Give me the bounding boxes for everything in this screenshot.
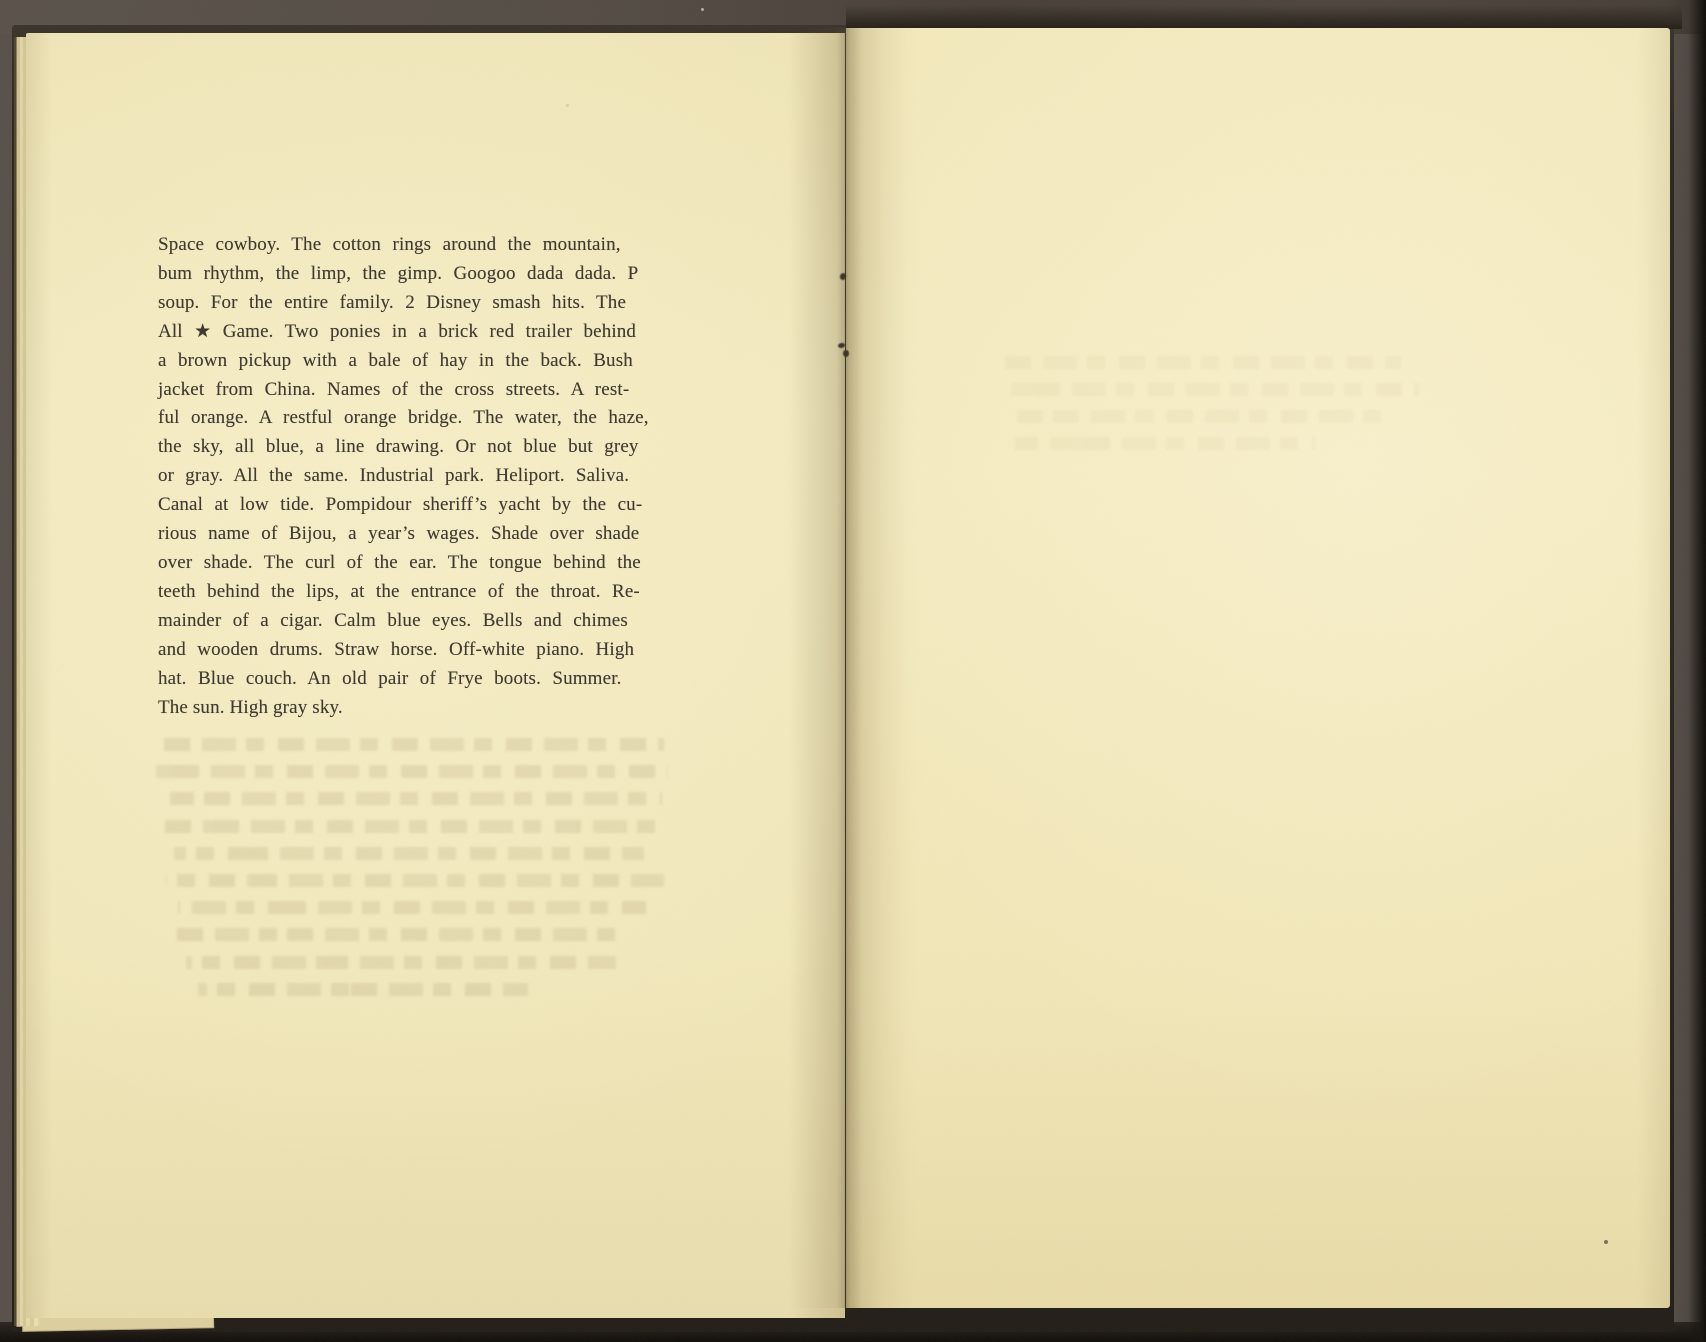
left-page-text: Space cowboy. The cotton rings around th… — [158, 231, 654, 722]
ghost-text-line — [1011, 383, 1419, 396]
text-line: and wooden drums. Straw horse. Off-white… — [158, 636, 654, 665]
text-line: hat. Blue couch. An old pair of Frye boo… — [158, 665, 654, 694]
ghost-text-line — [156, 765, 668, 778]
left-page: Space cowboy. The cotton rings around th… — [26, 33, 845, 1318]
cover-top-edge — [846, 5, 1682, 29]
ghost-text-line — [174, 847, 644, 860]
ghost-text-line — [178, 901, 646, 914]
ghost-text-line — [1007, 410, 1385, 423]
text-line: Space cowboy. The cotton rings around th… — [158, 231, 654, 260]
ghost-text-line — [1015, 437, 1315, 450]
text-line: rious name of Bijou, a year’s wages. Sha… — [158, 520, 654, 549]
text-line: over shade. The curl of the ear. The ton… — [158, 549, 654, 578]
ghost-text-line — [168, 928, 620, 941]
text-line: or gray. All the same. Industrial park. … — [158, 462, 654, 491]
stitch-thread — [843, 350, 849, 357]
right-page — [846, 28, 1670, 1308]
ghost-text-line — [198, 983, 528, 996]
text-line: All ★ Game. Two ponies in a brick red tr… — [158, 318, 654, 347]
ghost-text-line — [170, 792, 662, 805]
text-line: ful orange. A restful orange bridge. The… — [158, 404, 654, 433]
text-line: the sky, all blue, a line drawing. Or no… — [158, 433, 654, 462]
text-line: Canal at low tide. Pompidour sheriff’s y… — [158, 491, 654, 520]
ghost-text-line — [162, 820, 666, 833]
text-line: jacket from China. Names of the cross st… — [158, 376, 654, 405]
ghost-text-line — [166, 874, 664, 887]
text-line: The sun. High gray sky. — [158, 694, 654, 723]
text-line: a brown pickup with a bale of hay in the… — [158, 347, 654, 376]
text-line: bum rhythm, the limp, the gimp. Googoo d… — [158, 260, 654, 289]
text-line: mainder of a cigar. Calm blue eyes. Bell… — [158, 607, 654, 636]
open-book-photo: Space cowboy. The cotton rings around th… — [0, 0, 1706, 1342]
dust-speck — [1604, 1240, 1608, 1244]
ghost-text-line — [164, 738, 664, 751]
ghost-text-line — [186, 956, 616, 969]
text-line: teeth behind the lips, at the entrance o… — [158, 578, 654, 607]
dust-speck — [701, 8, 704, 11]
dust-speck — [566, 104, 569, 107]
ghost-text-line — [1005, 356, 1401, 369]
text-line: soup. For the entire family. 2 Disney sm… — [158, 289, 654, 318]
